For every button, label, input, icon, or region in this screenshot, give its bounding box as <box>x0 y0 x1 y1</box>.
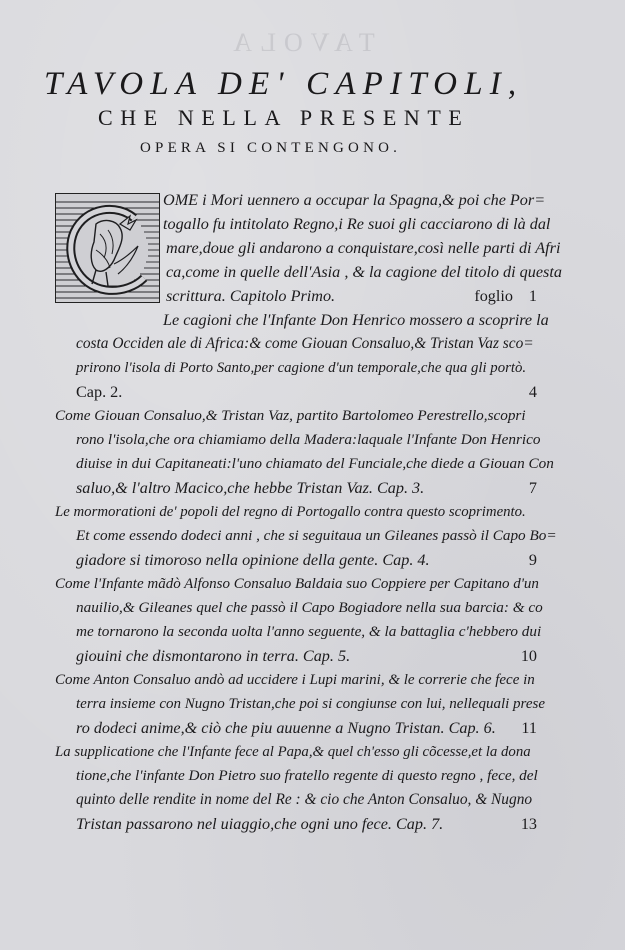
toc-entry-1-line-5: scrittura. Capitolo Primo. foglio 1 <box>166 284 537 308</box>
toc-entry-5-line-4: giouini che dismontarono in terra. Cap. … <box>76 644 537 668</box>
page-subtitle: CHE NELLA PRESENTE <box>98 105 498 131</box>
page-label: foglio <box>474 284 513 308</box>
page-number: 9 <box>529 548 537 572</box>
show-through-text: TAVOLA <box>190 28 410 58</box>
page-title: TAVOLA DE' CAPITOLI, <box>44 66 544 103</box>
page-number: 10 <box>521 644 537 668</box>
toc-entry-2-line-4: Cap. 2. 4 <box>76 380 537 404</box>
page-number: 4 <box>529 380 537 404</box>
toc-entry-3-line-4: saluo,& l'altro Macico,che hebbe Tristan… <box>76 476 537 500</box>
toc-entry-6-line-3: ro dodeci anime,& ciò che piu auuenne a … <box>76 716 537 740</box>
toc-entry-4-line-3: giadore si timoroso nella opinione della… <box>76 548 537 572</box>
page-number: 7 <box>529 476 537 500</box>
toc-entry-7-line-4: Tristan passarono nel uiaggio,che ogni u… <box>76 812 537 836</box>
page-subtitle-2: OPERA SI CONTENGONO. <box>140 140 460 157</box>
page-number: 11 <box>521 716 537 740</box>
page-number: 1 <box>529 284 537 308</box>
page-number: 13 <box>521 812 537 836</box>
woodcut-initial-c-icon <box>55 193 160 303</box>
book-page: TAVOLA TAVOLA DE' CAPITOLI, CHE NELLA PR… <box>0 0 625 950</box>
